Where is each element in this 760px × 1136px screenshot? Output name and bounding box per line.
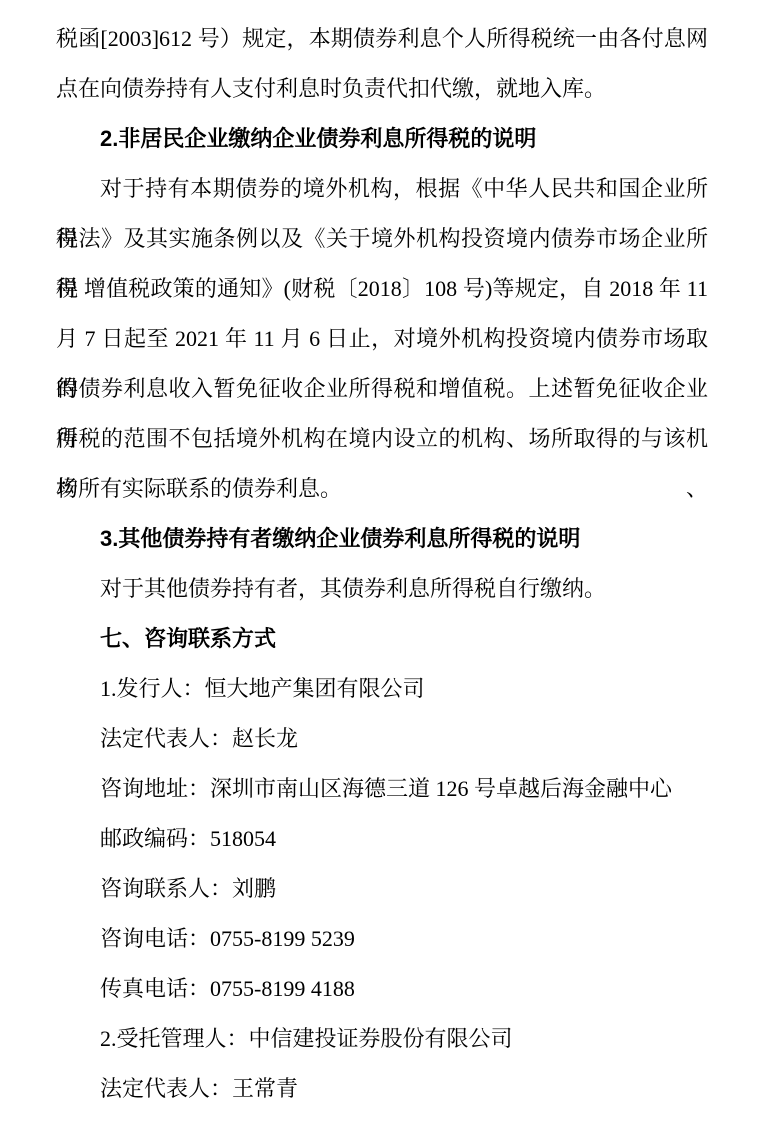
text-line: 咨询联系人：刘鹏: [56, 864, 708, 914]
text-line: 2.受托管理人：中信建投证券股份有限公司: [56, 1014, 708, 1064]
text-line: 月 7 日起至 2021 年 11 月 6 日止，对境外机构投资境内债券市场取得: [56, 314, 708, 364]
para-individual-tax-continuation: 税函[2003]612 号）规定，本期债券利息个人所得税统一由各付息网点在向债券…: [56, 14, 708, 114]
para-contact-person: 咨询联系人：刘鹏: [56, 864, 708, 914]
text-line: 七、咨询联系方式: [56, 614, 708, 664]
heading-contact-info: 七、咨询联系方式: [56, 614, 708, 664]
text-line: 3.其他债券持有者缴纳企业债券利息所得税的说明: [56, 514, 708, 564]
text-line: 的债券利息收入暂免征收企业所得税和增值税。上述暂免征收企业所: [56, 364, 708, 414]
para-issuer: 1.发行人：恒大地产集团有限公司: [56, 664, 708, 714]
text-line: 税函[2003]612 号）规定，本期债券利息个人所得税统一由各付息网: [56, 14, 708, 64]
text-line: 得税的范围不包括境外机构在境内设立的机构、场所取得的与该机构、: [56, 414, 708, 464]
heading-nonresident-enterprise-tax: 2.非居民企业缴纳企业债券利息所得税的说明: [56, 114, 708, 164]
text-line: 对于持有本期债券的境外机构，根据《中华人民共和国企业所得: [56, 164, 708, 214]
document-page: 税函[2003]612 号）规定，本期债券利息个人所得税统一由各付息网点在向债券…: [0, 0, 760, 1136]
para-trustee-legal-representative: 法定代表人：王常青: [56, 1064, 708, 1114]
text-line: 2.非居民企业缴纳企业债券利息所得税的说明: [56, 114, 708, 164]
document-content: 税函[2003]612 号）规定，本期债券利息个人所得税统一由各付息网点在向债券…: [56, 14, 708, 1114]
para-trustee: 2.受托管理人：中信建投证券股份有限公司: [56, 1014, 708, 1064]
text-line: 咨询地址：深圳市南山区海德三道 126 号卓越后海金融中心: [56, 764, 708, 814]
text-line: 税 增值税政策的通知》(财税〔2018〕108 号)等规定，自 2018 年 1…: [56, 264, 708, 314]
para-nonresident-enterprise-tax: 对于持有本期债券的境外机构，根据《中华人民共和国企业所得税法》及其实施条例以及《…: [56, 164, 708, 514]
text-line: 1.发行人：恒大地产集团有限公司: [56, 664, 708, 714]
para-issuer-legal-representative: 法定代表人：赵长龙: [56, 714, 708, 764]
text-line: 咨询电话：0755-8199 5239: [56, 914, 708, 964]
para-postal-code: 邮政编码：518054: [56, 814, 708, 864]
text-line: 税法》及其实施条例以及《关于境外机构投资境内债券市场企业所得: [56, 214, 708, 264]
text-line: 邮政编码：518054: [56, 814, 708, 864]
text-line: 传真电话：0755-8199 4188: [56, 964, 708, 1014]
text-line: 点在向债券持有人支付利息时负责代扣代缴，就地入库。: [56, 64, 708, 114]
text-line: 对于其他债券持有者，其债券利息所得税自行缴纳。: [56, 564, 708, 614]
text-line: 法定代表人：王常青: [56, 1064, 708, 1114]
heading-other-holders-tax: 3.其他债券持有者缴纳企业债券利息所得税的说明: [56, 514, 708, 564]
para-consult-phone: 咨询电话：0755-8199 5239: [56, 914, 708, 964]
para-consult-address: 咨询地址：深圳市南山区海德三道 126 号卓越后海金融中心: [56, 764, 708, 814]
para-other-holders-tax: 对于其他债券持有者，其债券利息所得税自行缴纳。: [56, 564, 708, 614]
text-line: 法定代表人：赵长龙: [56, 714, 708, 764]
para-fax-phone: 传真电话：0755-8199 4188: [56, 964, 708, 1014]
